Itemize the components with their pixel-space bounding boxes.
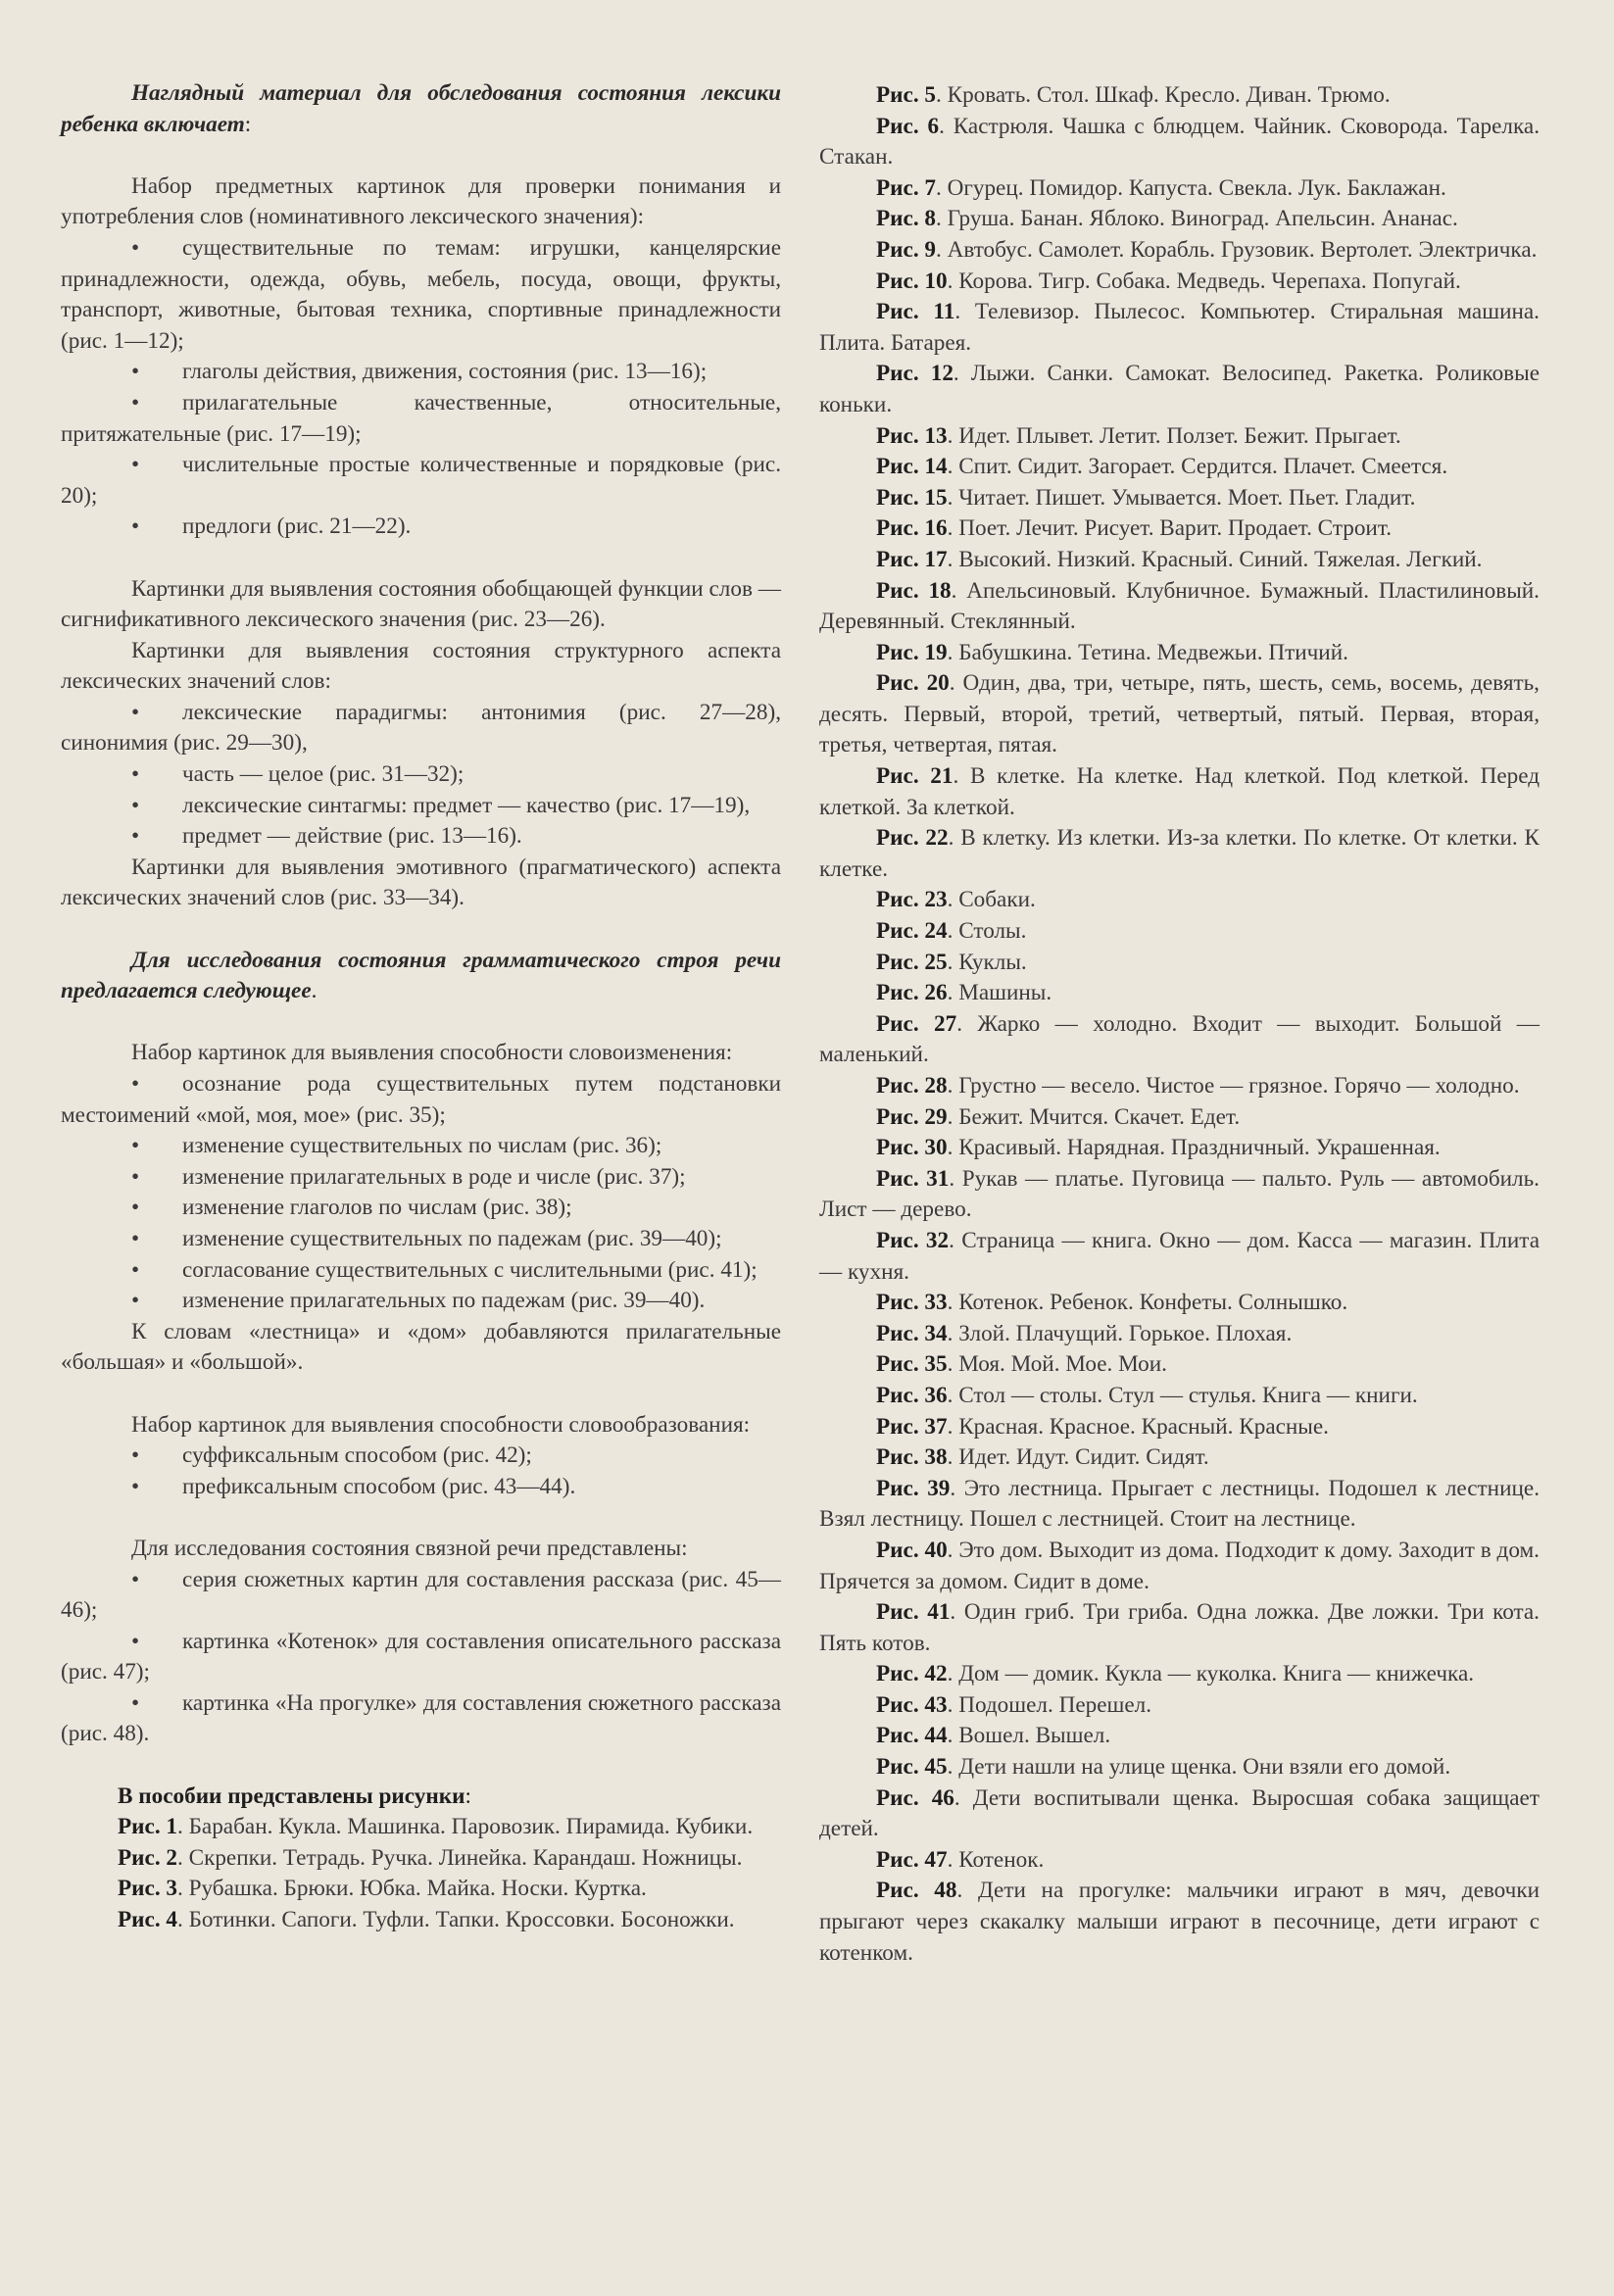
figure-label: Рис. 31: [876, 1166, 949, 1192]
figure-caption: Рис. 11. Телевизор. Пылесос. Компьютер. …: [819, 297, 1540, 359]
figure-label: Рис. 38: [876, 1444, 948, 1470]
figure-caption: Рис. 48. Дети на прогулке: мальчики игра…: [819, 1876, 1540, 1969]
figure-label: Рис. 15: [876, 485, 948, 511]
figure-caption: Рис. 23. Собаки.: [819, 885, 1540, 916]
bullet-item: •осознание рода существительных путем по…: [61, 1069, 781, 1131]
figure-description: . Куклы.: [948, 950, 1027, 975]
figure-description: . Котенок. Ребенок. Конфеты. Солнышко.: [948, 1290, 1348, 1315]
figure-caption: Рис. 47. Котенок.: [819, 1845, 1540, 1877]
bullet-item: •предмет — действие (рис. 13—16).: [61, 821, 781, 853]
bullet-item: •серия сюжетных картин для составления р…: [61, 1565, 781, 1627]
bullet-item: •префиксальным способом (рис. 43—44).: [61, 1472, 781, 1503]
figure-list-left: Рис. 1. Барабан. Кукла. Машинка. Паровоз…: [61, 1812, 781, 1935]
bullet-icon: •: [131, 698, 182, 729]
bullet-icon: •: [131, 357, 182, 388]
bullet-text: изменение прилагательных по падежам (рис…: [182, 1288, 705, 1313]
figure-caption: Рис. 7. Огурец. Помидор. Капуста. Свекла…: [819, 173, 1540, 205]
figure-description: . Высокий. Низкий. Красный. Синий. Тяжел…: [948, 547, 1483, 572]
figure-label: Рис. 5: [876, 82, 936, 108]
figure-description: . Барабан. Кукла. Машинка. Паровозик. Пи…: [177, 1814, 753, 1839]
figure-caption: Рис. 3. Рубашка. Брюки. Юбка. Майка. Нос…: [61, 1874, 781, 1905]
figure-description: . Огурец. Помидор. Капуста. Свекла. Лук.…: [936, 175, 1446, 201]
figure-description: . Автобус. Самолет. Корабль. Грузовик. В…: [936, 237, 1537, 263]
figure-label: Рис. 29: [876, 1104, 948, 1130]
bullet-icon: •: [131, 821, 182, 853]
figure-caption: Рис. 31. Рукав — платье. Пуговица — паль…: [819, 1164, 1540, 1226]
figure-caption: Рис. 46. Дети воспитывали щенка. Выросша…: [819, 1783, 1540, 1845]
figure-label: Рис. 27: [876, 1011, 956, 1037]
figure-caption: Рис. 14. Спит. Сидит. Загорает. Сердится…: [819, 452, 1540, 483]
figure-description: . Вошел. Вышел.: [948, 1723, 1111, 1748]
bullet-icon: •: [131, 1688, 182, 1720]
figure-label: Рис. 18: [876, 578, 952, 604]
figure-description: . Подошел. Перешел.: [948, 1692, 1151, 1718]
figure-label: Рис. 20: [876, 670, 950, 696]
figure-label: Рис. 13: [876, 423, 948, 449]
figure-description: . Идет. Плывет. Летит. Ползет. Бежит. Пр…: [948, 423, 1401, 449]
figure-caption: Рис. 22. В клетку. Из клетки. Из-за клет…: [819, 823, 1540, 885]
figure-caption: Рис. 30. Красивый. Нарядная. Праздничный…: [819, 1133, 1540, 1164]
derivation-list: •суффиксальным способом (рис. 42);•префи…: [61, 1441, 781, 1502]
figure-label: Рис. 40: [876, 1538, 948, 1563]
figure-description: . Скрепки. Тетрадь. Ручка. Линейка. Кара…: [177, 1845, 742, 1871]
figure-label: Рис. 19: [876, 640, 948, 665]
figure-description: . Злой. Плачущий. Горькое. Плохая.: [948, 1321, 1293, 1346]
bullet-item: •изменение существительных по падежам (р…: [61, 1224, 781, 1255]
figure-caption: Рис. 6. Кастрюля. Чашка с блюдцем. Чайни…: [819, 112, 1540, 173]
figure-label: Рис. 47: [876, 1847, 948, 1873]
bullet-item: •лексические синтагмы: предмет — качеств…: [61, 791, 781, 822]
bullet-text: изменение существительных по падежам (ри…: [182, 1226, 722, 1251]
emotive-paragraph: Картинки для выявления эмотивного (прагм…: [61, 853, 781, 914]
lexicon-heading: Наглядный материал для обследования сост…: [61, 78, 781, 140]
bullet-item: •часть — целое (рис. 31—32);: [61, 759, 781, 791]
bullet-text: глаголы действия, движения, состояния (р…: [182, 359, 707, 384]
nominative-list: •существительные по темам: игрушки, канц…: [61, 233, 781, 543]
figure-description: . Грустно — весело. Чистое — грязное. Го…: [948, 1073, 1520, 1099]
figure-caption: Рис. 44. Вошел. Вышел.: [819, 1721, 1540, 1752]
figure-label: Рис. 37: [876, 1414, 948, 1440]
figure-label: Рис. 14: [876, 454, 948, 479]
figure-caption: Рис. 8. Груша. Банан. Яблоко. Виноград. …: [819, 204, 1540, 235]
figure-caption: Рис. 41. Один гриб. Три гриба. Одна ложк…: [819, 1597, 1540, 1659]
bullet-text: изменение глаголов по числам (рис. 38);: [182, 1195, 572, 1220]
figure-description: . Красная. Красное. Красный. Красные.: [948, 1414, 1329, 1440]
figure-description: . Стол — столы. Стул — стулья. Книга — к…: [948, 1383, 1418, 1408]
figure-description: . Кровать. Стол. Шкаф. Кресло. Диван. Тр…: [936, 82, 1391, 108]
figure-label: Рис. 48: [876, 1878, 956, 1903]
bullet-icon: •: [131, 1162, 182, 1194]
bullet-icon: •: [131, 388, 182, 419]
bullet-item: •лексические парадигмы: антонимия (рис. …: [61, 698, 781, 759]
figure-label: Рис. 12: [876, 361, 954, 386]
figure-label: Рис. 1: [118, 1814, 177, 1839]
figures-heading: В пособии представлены рисунки:: [61, 1782, 781, 1813]
figure-caption: Рис. 39. Это лестница. Прыгает с лестниц…: [819, 1474, 1540, 1536]
figure-caption: Рис. 34. Злой. Плачущий. Горькое. Плохая…: [819, 1319, 1540, 1350]
figure-label: Рис. 42: [876, 1661, 948, 1686]
figure-description: . Поет. Лечит. Рисует. Варит. Продает. С…: [948, 515, 1392, 541]
figure-caption: Рис. 21. В клетке. На клетке. Над клетко…: [819, 761, 1540, 823]
bullet-text: предмет — действие (рис. 13—16).: [182, 823, 522, 849]
figure-caption: Рис. 40. Это дом. Выходит из дома. Подхо…: [819, 1536, 1540, 1597]
generalizing-paragraph: Картинки для выявления состояния обобщаю…: [61, 574, 781, 636]
figure-label: Рис. 43: [876, 1692, 948, 1718]
figure-caption: Рис. 2. Скрепки. Тетрадь. Ручка. Линейка…: [61, 1843, 781, 1875]
figure-description: . Дом — домик. Кукла — куколка. Книга — …: [948, 1661, 1474, 1686]
figure-caption: Рис. 24. Столы.: [819, 916, 1540, 948]
bullet-icon: •: [131, 1069, 182, 1100]
bullet-icon: •: [131, 1224, 182, 1255]
figure-label: Рис. 17: [876, 547, 948, 572]
bullet-icon: •: [131, 791, 182, 822]
figure-label: Рис. 16: [876, 515, 948, 541]
figure-description: . Столы.: [948, 918, 1027, 944]
figure-caption: Рис. 1. Барабан. Кукла. Машинка. Паровоз…: [61, 1812, 781, 1843]
bullet-item: •картинка «На прогулке» для составления …: [61, 1688, 781, 1750]
structural-intro: Картинки для выявления состояния структу…: [61, 636, 781, 698]
bullet-icon: •: [131, 1255, 182, 1287]
left-column: Наглядный материал для обследования сост…: [61, 78, 781, 1936]
bullet-item: •предлоги (рис. 21—22).: [61, 512, 781, 543]
figure-label: Рис. 34: [876, 1321, 948, 1346]
bullet-item: •изменение прилагательных по падежам (ри…: [61, 1286, 781, 1317]
bullet-text: лексические синтагмы: предмет — качество…: [182, 793, 750, 818]
figure-caption: Рис. 35. Моя. Мой. Мое. Мои.: [819, 1349, 1540, 1381]
adjectives-note: К словам «лестница» и «дом» добавляются …: [61, 1317, 781, 1379]
figure-description: . Корова. Тигр. Собака. Медведь. Черепах…: [948, 269, 1461, 294]
figure-description: . Ботинки. Сапоги. Туфли. Тапки. Кроссов…: [177, 1907, 735, 1932]
bullet-item: •числительные простые количественные и п…: [61, 450, 781, 512]
grammar-heading: Для исследования состояния грамматическо…: [61, 946, 781, 1007]
figure-caption: Рис. 15. Читает. Пишет. Умывается. Моет.…: [819, 483, 1540, 514]
bullet-icon: •: [131, 1286, 182, 1317]
figure-description: . Моя. Мой. Мое. Мои.: [948, 1351, 1167, 1377]
figure-caption: Рис. 43. Подошел. Перешел.: [819, 1690, 1540, 1722]
figure-label: Рис. 44: [876, 1723, 948, 1748]
figure-label: Рис. 23: [876, 887, 948, 912]
figure-caption: Рис. 42. Дом — домик. Кукла — куколка. К…: [819, 1659, 1540, 1690]
figure-label: Рис. 3: [118, 1876, 177, 1901]
bullet-item: •прилагательные качественные, относитель…: [61, 388, 781, 450]
inflection-list: •осознание рода существительных путем по…: [61, 1069, 781, 1317]
figure-caption: Рис. 36. Стол — столы. Стул — стулья. Кн…: [819, 1381, 1540, 1412]
figure-description: . Спит. Сидит. Загорает. Сердится. Плаче…: [948, 454, 1448, 479]
figure-label: Рис. 39: [876, 1476, 950, 1501]
figure-label: Рис. 35: [876, 1351, 948, 1377]
figure-caption: Рис. 33. Котенок. Ребенок. Конфеты. Солн…: [819, 1288, 1540, 1319]
bullet-item: •изменение прилагательных в роде и числе…: [61, 1162, 781, 1194]
bullet-item: •изменение существительных по числам (ри…: [61, 1131, 781, 1162]
figure-caption: Рис. 38. Идет. Идут. Сидит. Сидят.: [819, 1442, 1540, 1474]
bullet-text: предлоги (рис. 21—22).: [182, 513, 411, 539]
figure-description: . Бабушкина. Тетина. Медвежьи. Птичий.: [948, 640, 1348, 665]
figure-caption: Рис. 9. Автобус. Самолет. Корабль. Грузо…: [819, 235, 1540, 267]
figure-description: . Красивый. Нарядная. Праздничный. Украш…: [948, 1135, 1441, 1160]
bullet-icon: •: [131, 512, 182, 543]
right-column: Рис. 5. Кровать. Стол. Шкаф. Кресло. Див…: [819, 80, 1540, 1969]
figure-caption: Рис. 28. Грустно — весело. Чистое — гряз…: [819, 1071, 1540, 1102]
bullet-icon: •: [131, 1565, 182, 1596]
inflection-intro: Набор картинок для выявления способности…: [61, 1038, 781, 1069]
figure-caption: Рис. 20. Один, два, три, четыре, пять, ш…: [819, 668, 1540, 761]
figure-caption: Рис. 10. Корова. Тигр. Собака. Медведь. …: [819, 267, 1540, 298]
figure-label: Рис. 32: [876, 1228, 949, 1253]
bullet-icon: •: [131, 1472, 182, 1503]
bullet-icon: •: [131, 1193, 182, 1224]
figure-label: Рис. 2: [118, 1845, 177, 1871]
bullet-text: суффиксальным способом (рис. 42);: [182, 1442, 532, 1468]
bullet-icon: •: [131, 759, 182, 791]
figure-label: Рис. 45: [876, 1754, 948, 1780]
figure-caption: Рис. 18. Апельсиновый. Клубничное. Бумаж…: [819, 576, 1540, 638]
figure-caption: Рис. 12. Лыжи. Санки. Самокат. Велосипед…: [819, 359, 1540, 420]
figure-label: Рис. 4: [118, 1907, 177, 1932]
figure-label: Рис. 30: [876, 1135, 948, 1160]
bullet-text: часть — целое (рис. 31—32);: [182, 761, 464, 787]
figure-description: . Машины.: [948, 980, 1052, 1005]
structural-list: •лексические парадигмы: антонимия (рис. …: [61, 698, 781, 853]
figure-description: . Идет. Идут. Сидит. Сидят.: [948, 1444, 1209, 1470]
bullet-icon: •: [131, 1441, 182, 1472]
bullet-item: •существительные по темам: игрушки, канц…: [61, 233, 781, 357]
figure-label: Рис. 6: [876, 114, 939, 139]
bullet-text: согласование существительных с числитель…: [182, 1257, 758, 1283]
figure-description: . Читает. Пишет. Умывается. Моет. Пьет. …: [948, 485, 1416, 511]
figure-label: Рис. 11: [876, 299, 954, 324]
figure-label: Рис. 46: [876, 1785, 954, 1811]
figure-description: . Котенок.: [948, 1847, 1045, 1873]
bullet-item: •глаголы действия, движения, состояния (…: [61, 357, 781, 388]
figure-description: . Груша. Банан. Яблоко. Виноград. Апельс…: [936, 206, 1458, 231]
figure-label: Рис. 24: [876, 918, 948, 944]
figure-label: Рис. 10: [876, 269, 948, 294]
bullet-item: •согласование существительных с числител…: [61, 1255, 781, 1287]
figure-caption: Рис. 17. Высокий. Низкий. Красный. Синий…: [819, 545, 1540, 576]
figure-label: Рис. 7: [876, 175, 936, 201]
figure-caption: Рис. 26. Машины.: [819, 978, 1540, 1009]
figure-description: . Дети нашли на улице щенка. Они взяли е…: [948, 1754, 1451, 1780]
figure-caption: Рис. 37. Красная. Красное. Красный. Крас…: [819, 1412, 1540, 1443]
bullet-item: •картинка «Котенок» для составления опис…: [61, 1627, 781, 1688]
figure-list-right: Рис. 5. Кровать. Стол. Шкаф. Кресло. Див…: [819, 80, 1540, 1969]
figure-caption: Рис. 27. Жарко — холодно. Входит — выход…: [819, 1009, 1540, 1071]
figure-caption: Рис. 45. Дети нашли на улице щенка. Они …: [819, 1752, 1540, 1783]
figure-caption: Рис. 4. Ботинки. Сапоги. Туфли. Тапки. К…: [61, 1905, 781, 1936]
figure-caption: Рис. 16. Поет. Лечит. Рисует. Варит. Про…: [819, 513, 1540, 545]
figure-description: . Собаки.: [948, 887, 1036, 912]
figure-caption: Рис. 5. Кровать. Стол. Шкаф. Кресло. Див…: [819, 80, 1540, 112]
figure-label: Рис. 28: [876, 1073, 948, 1099]
figure-caption: Рис. 32. Страница — книга. Окно — дом. К…: [819, 1226, 1540, 1288]
figure-label: Рис. 21: [876, 763, 953, 789]
figure-caption: Рис. 25. Куклы.: [819, 948, 1540, 979]
figure-label: Рис. 22: [876, 825, 949, 851]
bullet-icon: •: [131, 1131, 182, 1162]
bullet-icon: •: [131, 450, 182, 481]
figure-description: . Бежит. Мчится. Скачет. Едет.: [948, 1104, 1241, 1130]
bullet-icon: •: [131, 1627, 182, 1658]
bullet-text: изменение существительных по числам (рис…: [182, 1133, 661, 1158]
figure-label: Рис. 25: [876, 950, 948, 975]
figure-label: Рис. 26: [876, 980, 948, 1005]
figure-label: Рис. 8: [876, 206, 936, 231]
figure-label: Рис. 9: [876, 237, 936, 263]
figure-description: . Рубашка. Брюки. Юбка. Майка. Носки. Ку…: [177, 1876, 647, 1901]
coherent-speech-list: •серия сюжетных картин для составления р…: [61, 1565, 781, 1751]
figure-caption: Рис. 13. Идет. Плывет. Летит. Ползет. Бе…: [819, 421, 1540, 453]
bullet-text: префиксальным способом (рис. 43—44).: [182, 1474, 575, 1499]
derivation-intro: Набор картинок для выявления способности…: [61, 1410, 781, 1441]
figure-label: Рис. 36: [876, 1383, 948, 1408]
bullet-item: •суффиксальным способом (рис. 42);: [61, 1441, 781, 1472]
figure-label: Рис. 41: [876, 1599, 950, 1625]
nominative-intro: Набор предметных картинок для проверки п…: [61, 171, 781, 233]
bullet-text: изменение прилагательных в роде и числе …: [182, 1164, 686, 1190]
bullet-item: •изменение глаголов по числам (рис. 38);: [61, 1193, 781, 1224]
coherent-speech-intro: Для исследования состояния связной речи …: [61, 1534, 781, 1565]
bullet-icon: •: [131, 233, 182, 265]
figure-label: Рис. 33: [876, 1290, 948, 1315]
figure-caption: Рис. 29. Бежит. Мчится. Скачет. Едет.: [819, 1102, 1540, 1134]
figure-caption: Рис. 19. Бабушкина. Тетина. Медвежьи. Пт…: [819, 638, 1540, 669]
